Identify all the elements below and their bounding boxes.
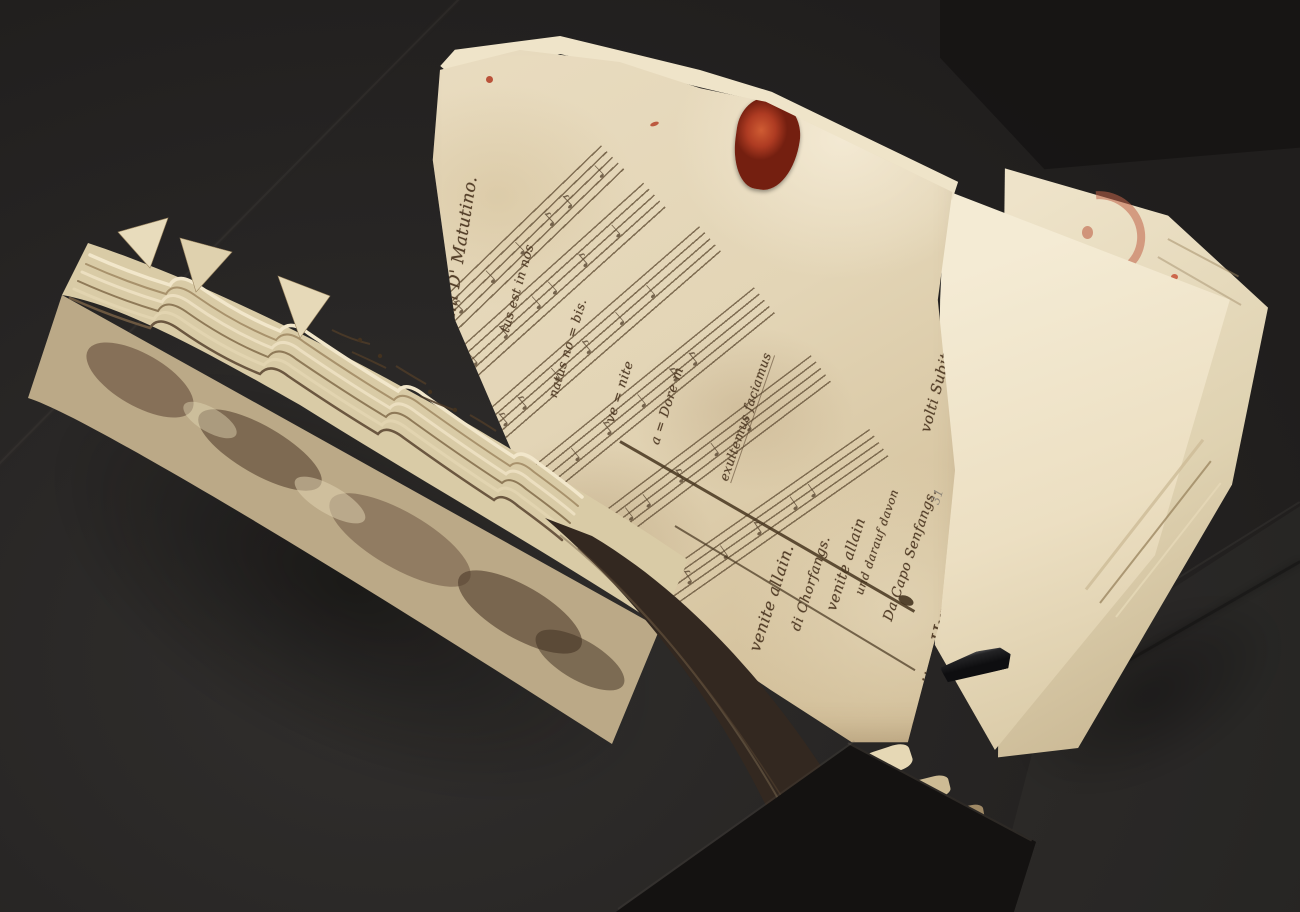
- red-wax-speck-1: [486, 76, 493, 83]
- red-seal-ring-speck: [1082, 226, 1093, 239]
- backdrop-fold-top-right: [940, 0, 1300, 180]
- photograph-manuscript-on-black-paper: ♪ ♩ ♩ ♪♪ ♩ ♩ ♪ ♩♩ ♪ ♩ ♪♪ ♩ ♪ ♩ ♩ ♩ ♩ ♪ ♩…: [0, 0, 1300, 912]
- red-wax-speck-2: [650, 121, 660, 128]
